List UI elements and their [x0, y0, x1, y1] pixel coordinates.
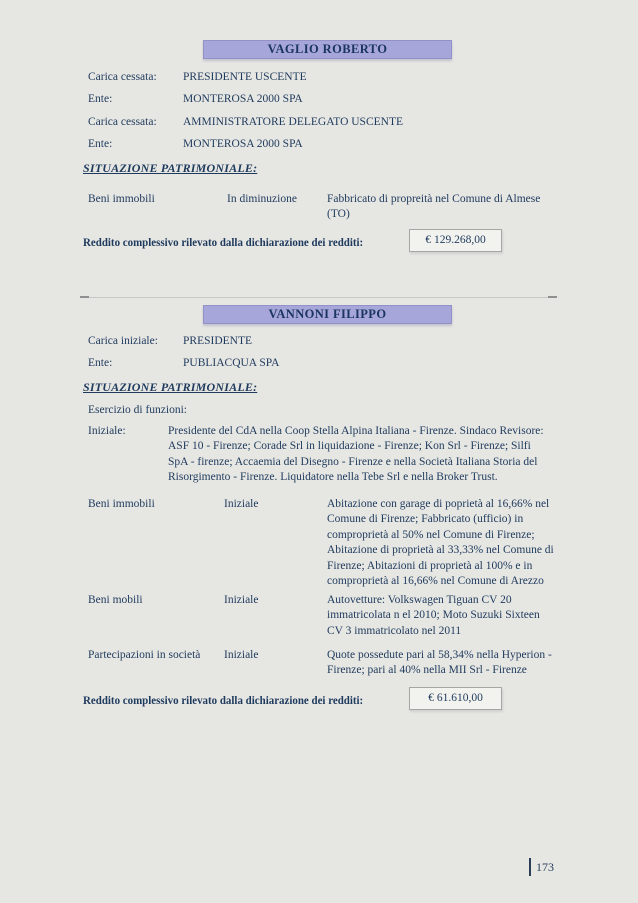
- document-page: VAGLIO ROBERTO Carica cessata: PRESIDENT…: [0, 0, 638, 903]
- ente-value: PUBLIACQUA SPA: [183, 356, 279, 371]
- asset-category: Partecipazioni in società: [88, 648, 200, 663]
- carica-label: Carica cessata:: [88, 70, 157, 85]
- situazione-patrimoniale-heading: SITUAZIONE PATRIMONIALE:: [83, 380, 257, 395]
- situazione-patrimoniale-heading: SITUAZIONE PATRIMONIALE:: [83, 161, 257, 176]
- carica-value: AMMINISTRATORE DELEGATO USCENTE: [183, 115, 403, 130]
- income-value-box: € 129.268,00: [409, 229, 502, 252]
- asset-category: Beni immobili: [88, 497, 155, 512]
- esercizio-phase-label: Iniziale:: [88, 424, 126, 439]
- asset-description: Fabbricato di propreità nel Comune di Al…: [327, 192, 540, 223]
- asset-phase: Iniziale: [224, 648, 258, 663]
- section-divider: [80, 297, 557, 298]
- asset-phase: Iniziale: [224, 497, 258, 512]
- ente-label: Ente:: [88, 137, 112, 152]
- section-title-band: VANNONI FILIPPO: [203, 305, 452, 324]
- asset-phase: Iniziale: [224, 593, 258, 608]
- asset-description: Autovetture: Volkswagen Tiguan CV 20 imm…: [327, 593, 540, 639]
- asset-description: Quote possedute pari al 58,34% nella Hyp…: [327, 648, 552, 679]
- esercizio-text: Presidente del CdA nella Coop Stella Alp…: [168, 424, 544, 486]
- carica-label: Carica cessata:: [88, 115, 157, 130]
- carica-value: PRESIDENTE USCENTE: [183, 70, 307, 85]
- income-label: Reddito complessivo rilevato dalla dichi…: [83, 694, 363, 709]
- ente-value: MONTEROSA 2000 SPA: [183, 137, 303, 152]
- asset-description: Abitazione con garage di poprietà al 16,…: [327, 497, 554, 589]
- esercizio-heading: Esercizio di funzioni:: [88, 403, 187, 418]
- ente-value: MONTEROSA 2000 SPA: [183, 92, 303, 107]
- ente-label: Ente:: [88, 356, 112, 371]
- asset-phase: In diminuzione: [227, 192, 297, 207]
- income-value-box: € 61.610,00: [409, 687, 502, 710]
- carica-value: PRESIDENTE: [183, 334, 252, 349]
- asset-category: Beni mobili: [88, 593, 143, 608]
- carica-label: Carica iniziale:: [88, 334, 158, 349]
- page-number: 173: [529, 858, 554, 876]
- section-title-band: VAGLIO ROBERTO: [203, 40, 452, 59]
- ente-label: Ente:: [88, 92, 112, 107]
- income-label: Reddito complessivo rilevato dalla dichi…: [83, 236, 363, 251]
- asset-category: Beni immobili: [88, 192, 155, 207]
